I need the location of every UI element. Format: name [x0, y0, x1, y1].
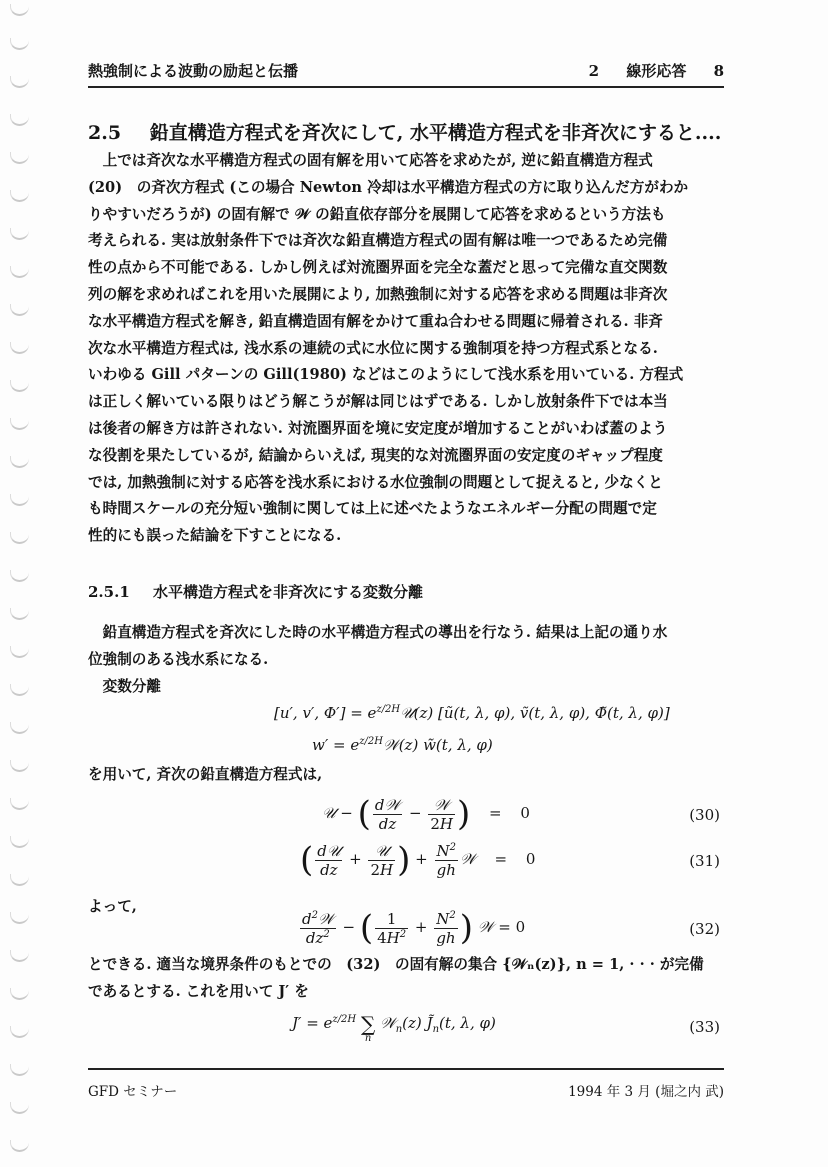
eq-lhs: [u′, v′, Φ′] = e	[274, 704, 376, 722]
subsection-title: 水平構造方程式を非斉次にする変数分離	[153, 583, 423, 601]
text-line: な水平構造方程式を解き, 鉛直構造固有解をかけて重ね合わせる問題に帰着される. …	[88, 309, 724, 336]
text-using: を用いて, 斉次の鉛直構造方程式は,	[88, 762, 724, 789]
text-line: な役割を果たしているが, 結論からいえば, 現実的な対流圏界面の安定度のギャップ…	[88, 443, 724, 470]
chapter-number: 2	[589, 62, 599, 80]
paragraph-1: 上では斉次な水平構造方程式の固有解を用いて応答を求めたが, 逆に鉛直構造方程式 …	[88, 148, 724, 550]
text-line: であるとする. これを用いて J′ を	[88, 979, 724, 1006]
text-line: は後者の解き方は許されない. 対流圏界面を境に安定度が増加することがいわば蓋のよ…	[88, 416, 724, 443]
footer-date-author: 1994 年 3 月 (堀之内 武)	[568, 1080, 724, 1100]
text-line: 上では斉次な水平構造方程式の固有解を用いて応答を求めたが, 逆に鉛直構造方程式	[88, 148, 724, 175]
text-line: 性の点から不可能である. しかし例えば対流圏界面を完全な蓋だと思って完備な直交関…	[88, 255, 724, 282]
text-after-32: とできる. 適当な境界条件のもとでの (32) の固有解の集合 {𝒲ₙ(z)},…	[88, 952, 724, 1006]
text-line: も時間スケールの充分短い強制に関しては上に述べたようなエネルギー分配の問題で定	[88, 496, 724, 523]
equals-sign: =	[495, 850, 508, 868]
paragraph-2: 鉛直構造方程式を斉次にした時の水平構造方程式の導出を行なう. 結果は上記の通り水…	[88, 620, 724, 700]
separation-equation-1: [u′, v′, Φ′] = ez/2H𝒰(z) [ũ(t, λ, φ), ṽ(…	[274, 704, 670, 722]
binder-holes	[0, 0, 40, 1167]
text-line: 列の解を求めればこれを用いた展開により, 加熱強制に対する応答を求める問題は非斉…	[88, 282, 724, 309]
equation-32: d2𝒲dz2 − (14H2 + N2gh) 𝒲 = 0	[298, 908, 525, 948]
section-heading: 2.5 鉛直構造方程式を斉次にして, 水平構造方程式を非斉次にすると....	[88, 118, 721, 145]
eq-exponent: z/2H	[376, 704, 400, 715]
text-line: 性的にも誤った結論を下すことになる.	[88, 523, 724, 550]
equation-30: 𝒰 − (d𝒲dz − 𝒲2H) = 0	[322, 794, 530, 834]
chapter-info: 2 線形応答 8	[567, 60, 724, 81]
footer-seminar: GFD セミナー	[88, 1080, 177, 1100]
eq-lhs: w′ = e	[312, 736, 359, 754]
text-line: では, 加熱強制に対する応答を浅水系における水位強制の問題として捉えると, 少な…	[88, 470, 724, 497]
subsection-heading: 2.5.1 水平構造方程式を非斉次にする変数分離	[88, 581, 423, 602]
chapter-title: 線形応答	[626, 62, 686, 80]
separation-equation-2: w′ = ez/2H𝒲(z) w̃(t, λ, φ)	[312, 736, 493, 754]
equation-number-33: (33)	[689, 1018, 720, 1036]
running-header: 熱強制による波動の励起と伝播 2 線形応答 8	[88, 60, 724, 88]
eq-rhs: 𝒰(z) [ũ(t, λ, φ), ṽ(t, λ, φ), Φ̃(t, λ, φ…	[400, 704, 670, 722]
text-line: とできる. 適当な境界条件のもとでの (32) の固有解の集合 {𝒲ₙ(z)},…	[88, 952, 724, 979]
eq-rhs: 𝒲(z) w̃(t, λ, φ)	[383, 736, 493, 754]
text-line: を用いて, 斉次の鉛直構造方程式は,	[88, 762, 724, 789]
equation-33: J′ = ez/2H ∑n 𝒲n(z) J̃n(t, λ, φ)	[292, 1014, 496, 1044]
section-title: 鉛直構造方程式を斉次にして, 水平構造方程式を非斉次にすると....	[150, 122, 722, 144]
rhs-zero: 0	[526, 850, 536, 868]
text-line: りやすいだろうが) の固有解で 𝒲 の鉛直依存部分を展開して応答を求めるという方…	[88, 202, 724, 229]
equation-number-30: (30)	[689, 806, 720, 824]
equation-31: (d𝒰dz + 𝒰2H) + N2gh𝒲 = 0	[300, 840, 535, 880]
running-footer: GFD セミナー 1994 年 3 月 (堀之内 武)	[88, 1068, 724, 1100]
rhs-zero: 0	[520, 804, 530, 822]
text-line: 変数分離	[88, 674, 724, 701]
equation-number-32: (32)	[689, 920, 720, 938]
section-number: 2.5	[88, 122, 121, 144]
text-line: は正しく解いている限りはどう解こうが解は同じはずである. しかし放射条件下では本…	[88, 389, 724, 416]
text-line: 考えられる. 実は放射条件下では斉次な鉛直構造方程式の固有解は唯一つであるため完…	[88, 228, 724, 255]
text-line: いわゆる Gill パターンの Gill(1980) などはこのようにして浅水系…	[88, 362, 724, 389]
text-line: 鉛直構造方程式を斉次にした時の水平構造方程式の導出を行なう. 結果は上記の通り水	[88, 620, 724, 647]
equals-sign: =	[489, 804, 502, 822]
document-title: 熱強制による波動の励起と伝播	[88, 60, 298, 81]
subsection-number: 2.5.1	[88, 583, 130, 601]
text-line: (20) の斉次方程式 (この場合 Newton 冷却は水平構造方程式の方に取り…	[88, 175, 724, 202]
eq-exponent: z/2H	[359, 736, 383, 747]
page-number: 8	[714, 62, 724, 80]
equation-number-31: (31)	[689, 852, 720, 870]
text-line: 次な水平構造方程式は, 浅水系の連続の式に水位に関する強制項を持つ方程式系となる…	[88, 336, 724, 363]
text-line: 位強制のある浅水系になる.	[88, 647, 724, 674]
